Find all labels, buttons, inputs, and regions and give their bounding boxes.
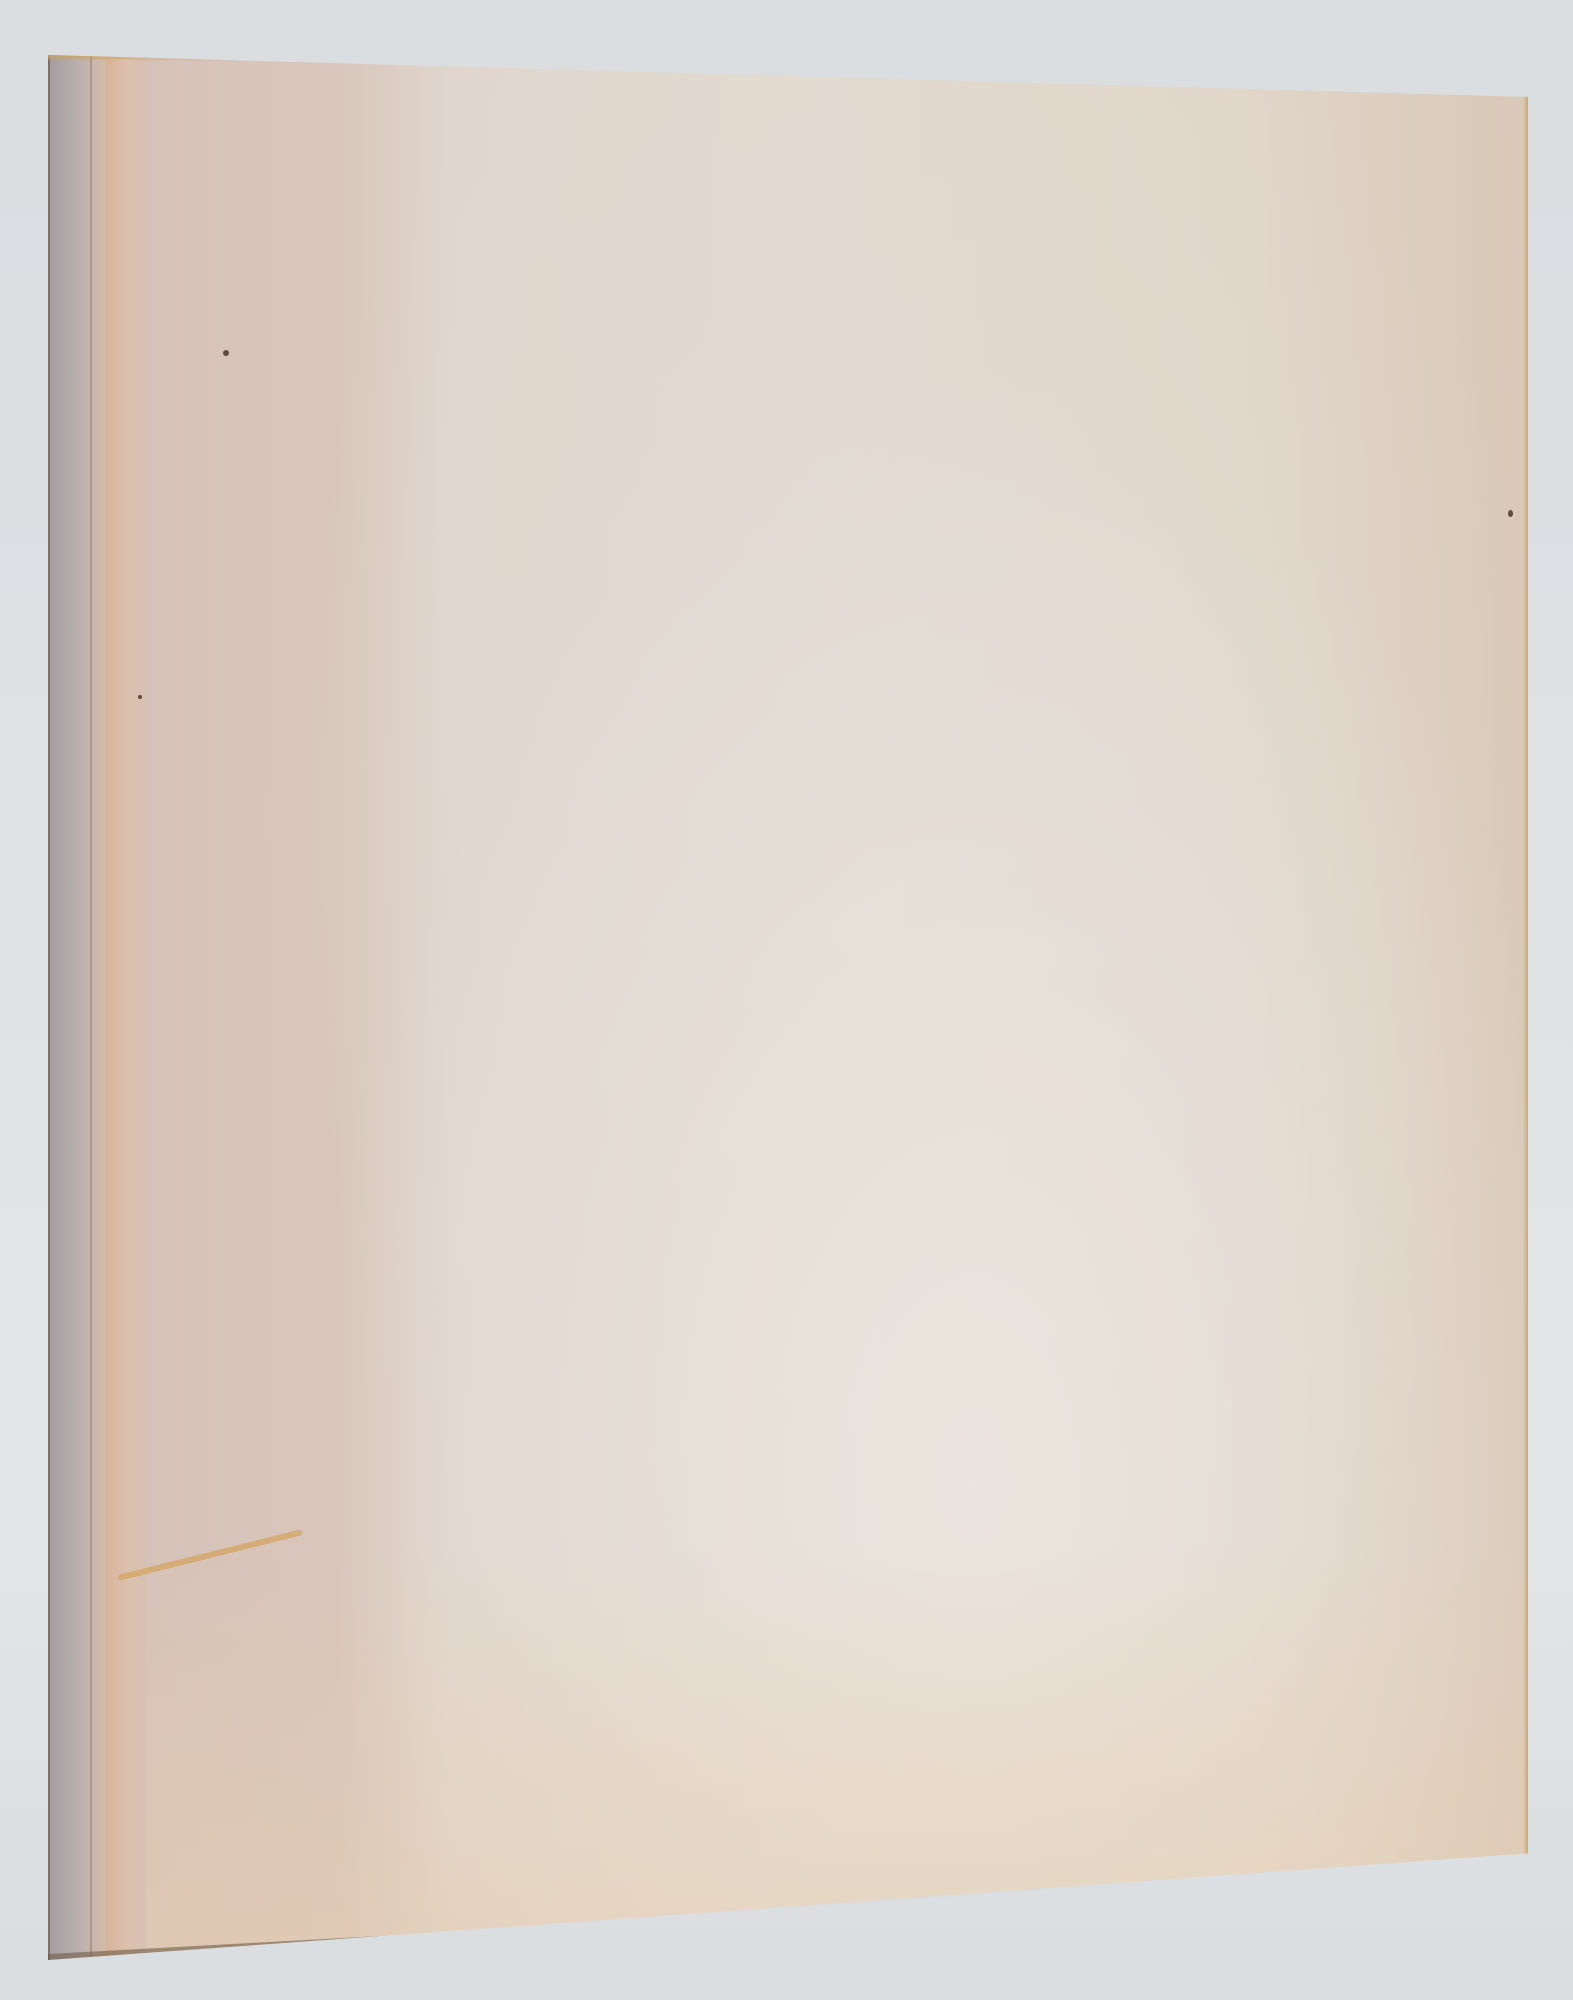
cover-fleck <box>223 350 229 356</box>
cover-discoloration <box>146 1540 1528 1960</box>
book-spine <box>48 55 106 1960</box>
top-edge <box>48 55 1528 61</box>
cover-fleck <box>1508 510 1513 517</box>
book-hinge <box>106 55 146 1960</box>
photo-backdrop <box>0 0 1573 2000</box>
fore-edge <box>1523 55 1528 1960</box>
book <box>48 55 1528 1960</box>
cover-fleck <box>138 695 142 699</box>
